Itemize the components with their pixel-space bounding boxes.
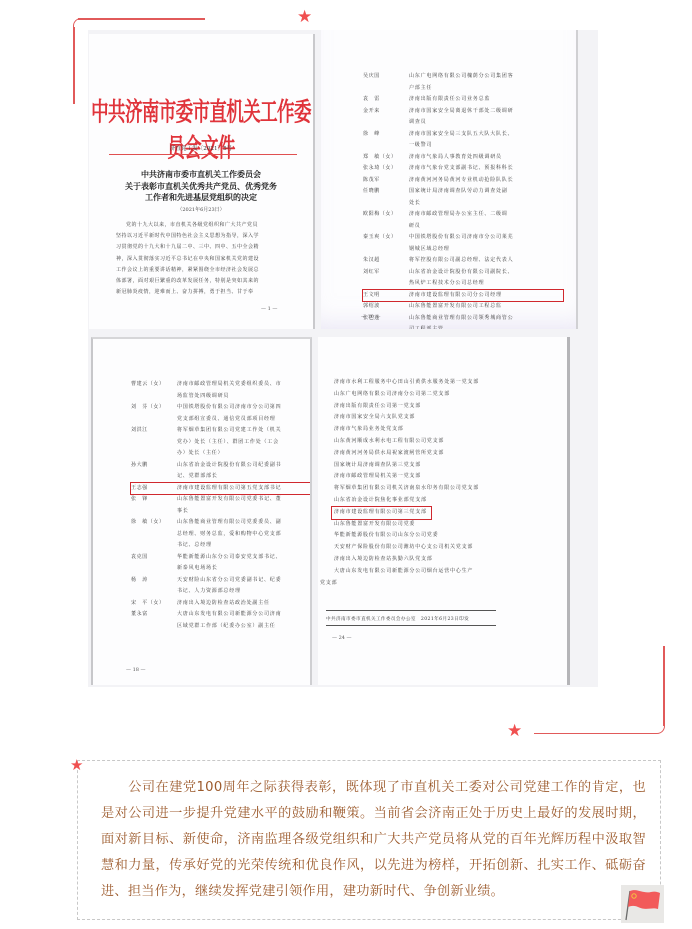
branch-row: 山东广电网络有限公司济南分公司第二党支部	[334, 389, 559, 401]
highlighted-honoree-row: 王文明济南市建设监理有限公司分公司经理	[363, 290, 563, 302]
document-page-10: 吴庆国山东广电网络有限公司槐荫分公司集团客户部主任袁 雷济南出版有限责任公司业务…	[321, 30, 578, 329]
list-row: 欧阳梅（女）济南市邮政管理局办公室主任、二级调	[363, 209, 563, 221]
honoree-name: 金开来	[363, 106, 409, 118]
honoree-name: 袁 雷	[363, 94, 409, 106]
list-row: 孙大鹏山东省冶金设计院股份有限公司纪委副书	[131, 460, 311, 472]
honoree-name: 宋 平（女）	[131, 598, 177, 610]
honoree-organization: 事长	[177, 506, 311, 518]
branch-row: 济南出入境边防检查站执勤六队党支部	[334, 554, 559, 566]
honoree-list: 吴庆国山东广电网络有限公司槐荫分公司集团客户部主任袁 雷济南出版有限责任公司业务…	[363, 71, 563, 329]
list-row: 研员	[363, 221, 563, 233]
list-row: 区域党群工作部（纪委办公室）副主任	[131, 621, 311, 633]
honoree-name: 袁克国	[131, 552, 177, 564]
honoree-name	[363, 221, 409, 233]
honoree-organization: 山东鲁能置富开发有限公司工程总监	[409, 301, 563, 313]
honoree-organization: 书记、总经理	[177, 540, 311, 552]
honoree-name	[131, 391, 177, 403]
honoree-organization: 济南市气象台党支部副书记、预报科科长	[409, 163, 563, 175]
honoree-name: 陈茂军	[363, 175, 409, 187]
honoree-name: 王志强	[131, 483, 177, 495]
list-row: 刘洪江将军烟草集团有限公司党建工作处（机关	[131, 425, 311, 437]
honoree-name: 孙大鹏	[131, 460, 177, 472]
honoree-name	[131, 540, 177, 552]
honoree-name: 徐 敏（女）	[131, 517, 177, 529]
honoree-organization: 区域党群工作部（纪委办公室）副主任	[177, 621, 311, 633]
list-row: 杨 涛天安财险山东省分公司党委副书记、纪委	[131, 575, 311, 587]
list-row: 书记、总经理	[131, 540, 311, 552]
honoree-organization: 济南市建设监理有限公司分公司经理	[409, 290, 563, 302]
honoree-organization: 山东鲁能商业管理有限公司党委委员、副	[177, 517, 311, 529]
list-row: 郭绍波山东鲁能置富开发有限公司工程总监	[363, 301, 563, 313]
star-icon: ★	[70, 758, 83, 773]
list-row: 党办）处长（主任）、群团工作处（工会	[131, 437, 311, 449]
honoree-organization: 户部主任	[409, 83, 563, 95]
honoree-organization: 热风炉工程技术分公司总经理	[409, 278, 563, 290]
honoree-name: 吴庆国	[363, 71, 409, 83]
list-row: 任晓鹏国家统计局济南调查队劳动力调查处副	[363, 186, 563, 198]
honoree-organization: 将军烟草集团有限公司党建工作处（机关	[177, 425, 311, 437]
document-footer: 中共济南市委市直机关工作委员会办公室 2021年6月23日印发	[326, 616, 469, 622]
honoree-name	[363, 278, 409, 290]
list-row: 书记、人力资源部总经理	[131, 586, 311, 598]
list-row: 袁克国华能新能源山东分公司泰安党支部书记、	[131, 552, 311, 564]
branch-row: 华能新能源股份有限公司山东分公司党委	[334, 530, 559, 542]
branch-row: 山东黄河顺成水利水电工程有限公司党支部	[334, 436, 559, 448]
honoree-organization: 司工程部主管	[409, 324, 563, 329]
honoree-organization: 总经理、财务总监，爱和购物中心党支部	[177, 529, 311, 541]
list-row: 徐 敏（女）山东鲁能商业管理有限公司党委委员、副	[131, 517, 311, 529]
honoree-name: 刘洪江	[131, 425, 177, 437]
honoree-name	[131, 506, 177, 518]
branch-row: 济南市水利工程服务中心田山引黄供水服务处第一党支部	[334, 377, 559, 389]
honoree-name: 秦玉爽（女）	[363, 232, 409, 244]
list-row: 曹建云（女）济南市邮政管理局机关党委组织委员、市	[131, 379, 311, 391]
list-row: 司工程部主管	[363, 324, 563, 329]
list-row: 总经理、财务总监，爱和购物中心党支部	[131, 529, 311, 541]
honoree-organization: 中国铁塔股份有限公司济南市分公司第四	[177, 402, 311, 414]
list-row: 宋 平（女）济南出入境边防检查站政治处副主任	[131, 598, 311, 610]
list-row: 调查员	[363, 117, 563, 129]
page-number: — 10 —	[361, 314, 381, 320]
honoree-organization: 济南黄河河务局黄河专业机动抢险队队长	[409, 175, 563, 187]
honoree-organization: 处长	[409, 198, 563, 210]
page-number: — 24 —	[332, 635, 352, 641]
honoree-organization: 天安财险山东省分公司党委副书记、纪委	[177, 575, 311, 587]
honoree-name: 欧阳梅（女）	[363, 209, 409, 221]
honoree-name	[131, 448, 177, 460]
honoree-name	[363, 117, 409, 129]
honoree-name	[131, 563, 177, 575]
branch-row: 山东省冶金设计院焦化事业部党支部	[334, 495, 559, 507]
honoree-organization: 一级警司	[409, 140, 563, 152]
honoree-organization: 党办）处长（主任）、群团工作处（工会	[177, 437, 311, 449]
honoree-organization: 济南市邮政管理局机关党委组织委员、市	[177, 379, 311, 391]
star-icon: ★	[297, 9, 312, 26]
honoree-organization: 办）处长（主任）	[177, 448, 311, 460]
frame-line-left	[73, 27, 75, 104]
honoree-organization: 钢城区域总经理	[409, 244, 563, 256]
list-row: 热风炉工程技术分公司总经理	[363, 278, 563, 290]
honoree-organization: 济南市国家安全局三支队五大队大队长、	[409, 129, 563, 141]
frame-corner-bottom-right	[655, 724, 665, 734]
honoree-name	[363, 244, 409, 256]
list-row: 董永富大唐山东发电有限公司新能源分公司济南	[131, 609, 311, 621]
page-number: — 18 —	[126, 667, 146, 673]
honoree-organization: 研员	[409, 221, 563, 233]
honoree-name: 王文明	[363, 290, 409, 302]
frame-corner-top-left	[73, 18, 83, 28]
honoree-organization: 济南市邮政管理局办公室主任、二级调	[409, 209, 563, 221]
honoree-organization: 调查员	[409, 117, 563, 129]
footer-rule-top	[326, 610, 496, 611]
branch-row: 国家统计局济南调查队第三党支部	[334, 460, 559, 472]
party-flag-icon	[621, 885, 664, 923]
list-row: 记、党群部部长	[131, 471, 311, 483]
list-row: 陈茂军济南黄河河务局黄河专业机动抢险队队长	[363, 175, 563, 187]
document-number: 济直党工发〔2021〕5号	[89, 144, 313, 152]
list-row: 徐 峰济南市国家安全局三支队五大队大队长、	[363, 129, 563, 141]
honoree-name	[363, 198, 409, 210]
footer-rule-bottom	[326, 625, 496, 626]
branch-row: 济南市气象局业务处党支部	[334, 424, 559, 436]
honoree-organization: 山东省冶金设计院股份有限公司纪委副书	[177, 460, 311, 472]
honoree-organization: 济南出版有限责任公司业务总监	[409, 94, 563, 106]
red-rule-divider	[109, 154, 297, 155]
caption-text: 公司在建党100周年之际获得表彰，既体现了市直机关工委对公司党建工作的肯定，也是…	[101, 775, 646, 905]
branch-row: 大唐山东发电有限公司新能源分公司烟台运营中心生产	[334, 566, 559, 578]
honoree-name	[131, 586, 177, 598]
honoree-name: 杨 涛	[131, 575, 177, 587]
branch-row: 将军烟草集团有限公司机关济南泉水印务有限公司党支部	[334, 483, 559, 495]
list-row: 刘 芬（女）中国铁塔股份有限公司济南市分公司第四	[131, 402, 311, 414]
list-row: 户部主任	[363, 83, 563, 95]
honoree-organization: 新泰风电场场长	[177, 563, 311, 575]
honoree-organization: 将军控股有限公司副总经理、法定代表人	[409, 255, 563, 267]
document-body: 党的十九大以来，市直机关各级党组织和广大共产党员 坚持以习近平新时代中国特色社会…	[116, 220, 298, 298]
honoree-list: 曹建云（女）济南市邮政管理局机关党委组织委员、市场监管处四级调研员刘 芬（女）中…	[131, 379, 311, 632]
honoree-name: 郭绍波	[363, 301, 409, 313]
honoree-name: 徐 峰	[363, 129, 409, 141]
list-row: 一级警司	[363, 140, 563, 152]
honoree-name: 董永富	[131, 609, 177, 621]
honoree-name: 任晓鹏	[363, 186, 409, 198]
document-photo: 中共济南市委市直机关工作委员会文件 济直党工发〔2021〕5号 中共济南市委市直…	[88, 30, 598, 687]
honoree-organization: 大唐山东发电有限公司新能源分公司济南	[177, 609, 311, 621]
party-branch-list: 济南市水利工程服务中心田山引黄供水服务处第一党支部山东广电网络有限公司济南分公司…	[334, 377, 559, 589]
document-title: 中共济南市委市直机关工作委员会 关于表彰市直机关优秀共产党员、优秀党务 工作者和…	[89, 169, 313, 204]
list-row: 场监管处四级调研员	[131, 391, 311, 403]
list-row: 事长	[131, 506, 311, 518]
list-row: 张艺蓬山东鲁能商业管理有限公司领秀城商管公	[363, 313, 563, 325]
honoree-organization: 记、党群部部长	[177, 471, 311, 483]
honoree-organization: 济南市建设监理有限公司第五党支部书记	[177, 483, 311, 495]
list-row: 袁 雷济南出版有限责任公司业务总监	[363, 94, 563, 106]
honoree-name	[131, 471, 177, 483]
branch-row: 济南黄河河务局供水局祝家渡闸管所党支部	[334, 448, 559, 460]
honoree-name	[131, 437, 177, 449]
honoree-organization: 济南出入境边防检查站政治处副主任	[177, 598, 311, 610]
list-row: 朱汉超将军控股有限公司副总经理、法定代表人	[363, 255, 563, 267]
honoree-name	[363, 83, 409, 95]
list-row: 郑 敏（女）济南市气象局人事教育处四级调研员	[363, 152, 563, 164]
highlighted-honoree-row: 王志强济南市建设监理有限公司第五党支部书记	[131, 483, 311, 495]
honoree-organization: 济南市气象局人事教育处四级调研员	[409, 152, 563, 164]
honoree-name: 朱汉超	[363, 255, 409, 267]
branch-row: 山东鲁能置富开发有限公司党委	[334, 519, 559, 531]
highlighted-branch-row: 济南市建设监理有限公司第三党支部	[332, 507, 431, 519]
list-row: 办）处长（主任）	[131, 448, 311, 460]
honoree-organization: 党支部组宣委员、通信党员部项目经理	[177, 414, 311, 426]
honoree-organization: 济南市国家安全局离退休干部处二级调研	[409, 106, 563, 118]
honoree-name	[131, 621, 177, 633]
honoree-name	[363, 324, 409, 329]
caption-box: 公司在建党100周年之际获得表彰，既体现了市直机关工委对公司党建工作的肯定，也是…	[77, 760, 661, 920]
list-row: 钢城区域总经理	[363, 244, 563, 256]
frame-line-right	[663, 646, 665, 726]
document-page-24: 济南市水利工程服务中心田山引黄供水服务处第一党支部山东广电网络有限公司济南分公司…	[318, 337, 570, 685]
frame-line-top	[78, 18, 205, 20]
document-page-cover: 中共济南市委市直机关工作委员会文件 济直党工发〔2021〕5号 中共济南市委市直…	[89, 34, 315, 329]
branch-row: 党支部	[320, 578, 559, 590]
honoree-organization: 山东广电网络有限公司槐荫分公司集团客	[409, 71, 563, 83]
honoree-name: 张永琦（女）	[363, 163, 409, 175]
honoree-name: 张 锋	[131, 494, 177, 506]
list-row: 张永琦（女）济南市气象台党支部副书记、预报科科长	[363, 163, 563, 175]
list-row: 刘红军山东省冶金设计院股份有限公司副院长、	[363, 267, 563, 279]
list-row: 金开来济南市国家安全局离退休干部处二级调研	[363, 106, 563, 118]
honoree-name	[363, 140, 409, 152]
honoree-organization: 中国铁塔股份有限公司济南市分公司莱芜	[409, 232, 563, 244]
honoree-name: 曹建云（女）	[131, 379, 177, 391]
frame-line-bottom	[534, 733, 656, 735]
list-row: 处长	[363, 198, 563, 210]
page-number: — 1 —	[261, 306, 277, 312]
honoree-organization: 国家统计局济南调查队劳动力调查处副	[409, 186, 563, 198]
list-row: 秦玉爽（女）中国铁塔股份有限公司济南市分公司莱芜	[363, 232, 563, 244]
honoree-name: 郑 敏（女）	[363, 152, 409, 164]
honoree-name	[131, 414, 177, 426]
branch-row: 济南市邮政管理局机关第一党支部	[334, 471, 559, 483]
list-row: 党支部组宣委员、通信党员部项目经理	[131, 414, 311, 426]
branch-row: 济南市国家安全局六支队党支部	[334, 412, 559, 424]
honoree-organization: 山东鲁能商业管理有限公司领秀城商管公	[409, 313, 563, 325]
honoree-name	[131, 529, 177, 541]
honoree-organization: 书记、人力资源部总经理	[177, 586, 311, 598]
star-icon: ★	[507, 723, 522, 740]
honoree-name: 刘 芬（女）	[131, 402, 177, 414]
branch-row: 天安财产保险股份有限公司潍坊中心支公司机关党支部	[334, 542, 559, 554]
honoree-organization: 山东鲁能置富开发有限公司党委书记、董	[177, 494, 311, 506]
document-page-18: 曹建云（女）济南市邮政管理局机关党委组织委员、市场监管处四级调研员刘 芬（女）中…	[91, 337, 312, 685]
document-date: （2021年6月23日）	[89, 206, 313, 213]
honoree-name: 刘红军	[363, 267, 409, 279]
branch-row: 济南出版有限责任公司第一党支部	[334, 401, 559, 413]
honoree-organization: 场监管处四级调研员	[177, 391, 311, 403]
honoree-organization: 山东省冶金设计院股份有限公司副院长、	[409, 267, 563, 279]
honoree-organization: 华能新能源山东分公司泰安党支部书记、	[177, 552, 311, 564]
list-row: 新泰风电场场长	[131, 563, 311, 575]
list-row: 张 锋山东鲁能置富开发有限公司党委书记、董	[131, 494, 311, 506]
list-row: 吴庆国山东广电网络有限公司槐荫分公司集团客	[363, 71, 563, 83]
